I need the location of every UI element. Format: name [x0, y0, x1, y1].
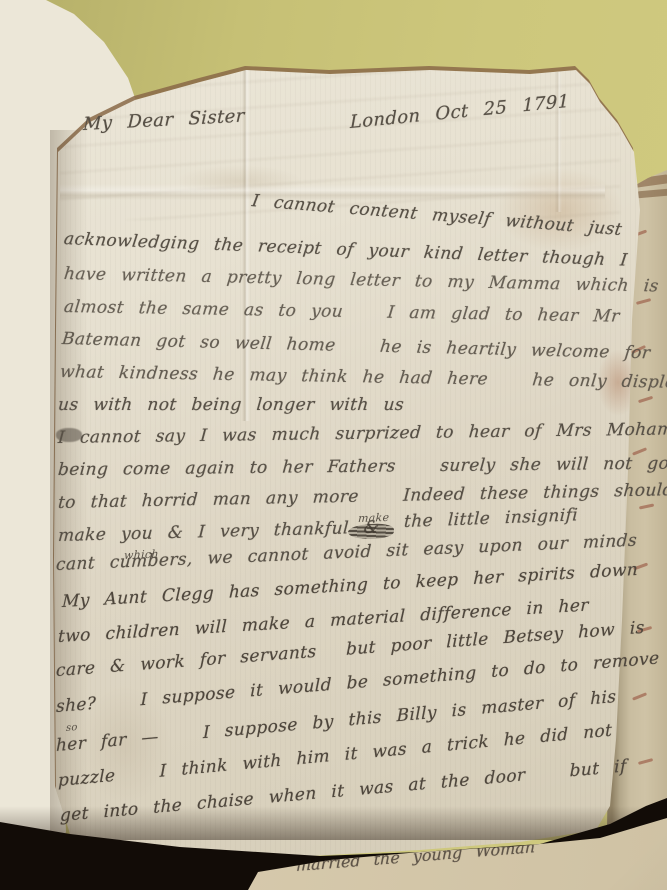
ink-scribble-crossout: [348, 523, 394, 540]
letter-line: I cannot content myself without just: [251, 193, 624, 239]
inserted-word-make: make: [358, 511, 390, 525]
soft-shadow: [0, 806, 667, 840]
dateline: London Oct 25 1791: [350, 93, 570, 132]
letter-line: have written a pretty long letter to my …: [63, 266, 659, 295]
salutation: My Dear Sister: [83, 107, 245, 134]
letter-line: the little insignifi: [404, 507, 579, 531]
letter-line: Bateman got so well home he is heartily …: [61, 331, 651, 362]
letter-line: I cannot say I was much surprized to hea…: [57, 421, 667, 447]
letter-line: us with not being longer with us: [57, 397, 405, 414]
letter-text-layer: My Dear Sister London Oct 25 1791 I cann…: [0, 0, 667, 890]
inserted-word-which: which: [124, 548, 159, 562]
inserted-word-so: so: [66, 722, 78, 734]
letter-line: acknowledging the receipt of your kind l…: [63, 231, 628, 270]
letter-line: make you & I very thankful &: [57, 520, 379, 545]
letter-line: being come again to her Fathers surely s…: [57, 456, 667, 479]
letter-line: almost the same as to you I am glad to h…: [63, 299, 620, 326]
letter-line: what kindness he may think he had here h…: [59, 364, 667, 392]
photo-of-letter: My Dear Sister London Oct 25 1791 I cann…: [0, 0, 667, 890]
